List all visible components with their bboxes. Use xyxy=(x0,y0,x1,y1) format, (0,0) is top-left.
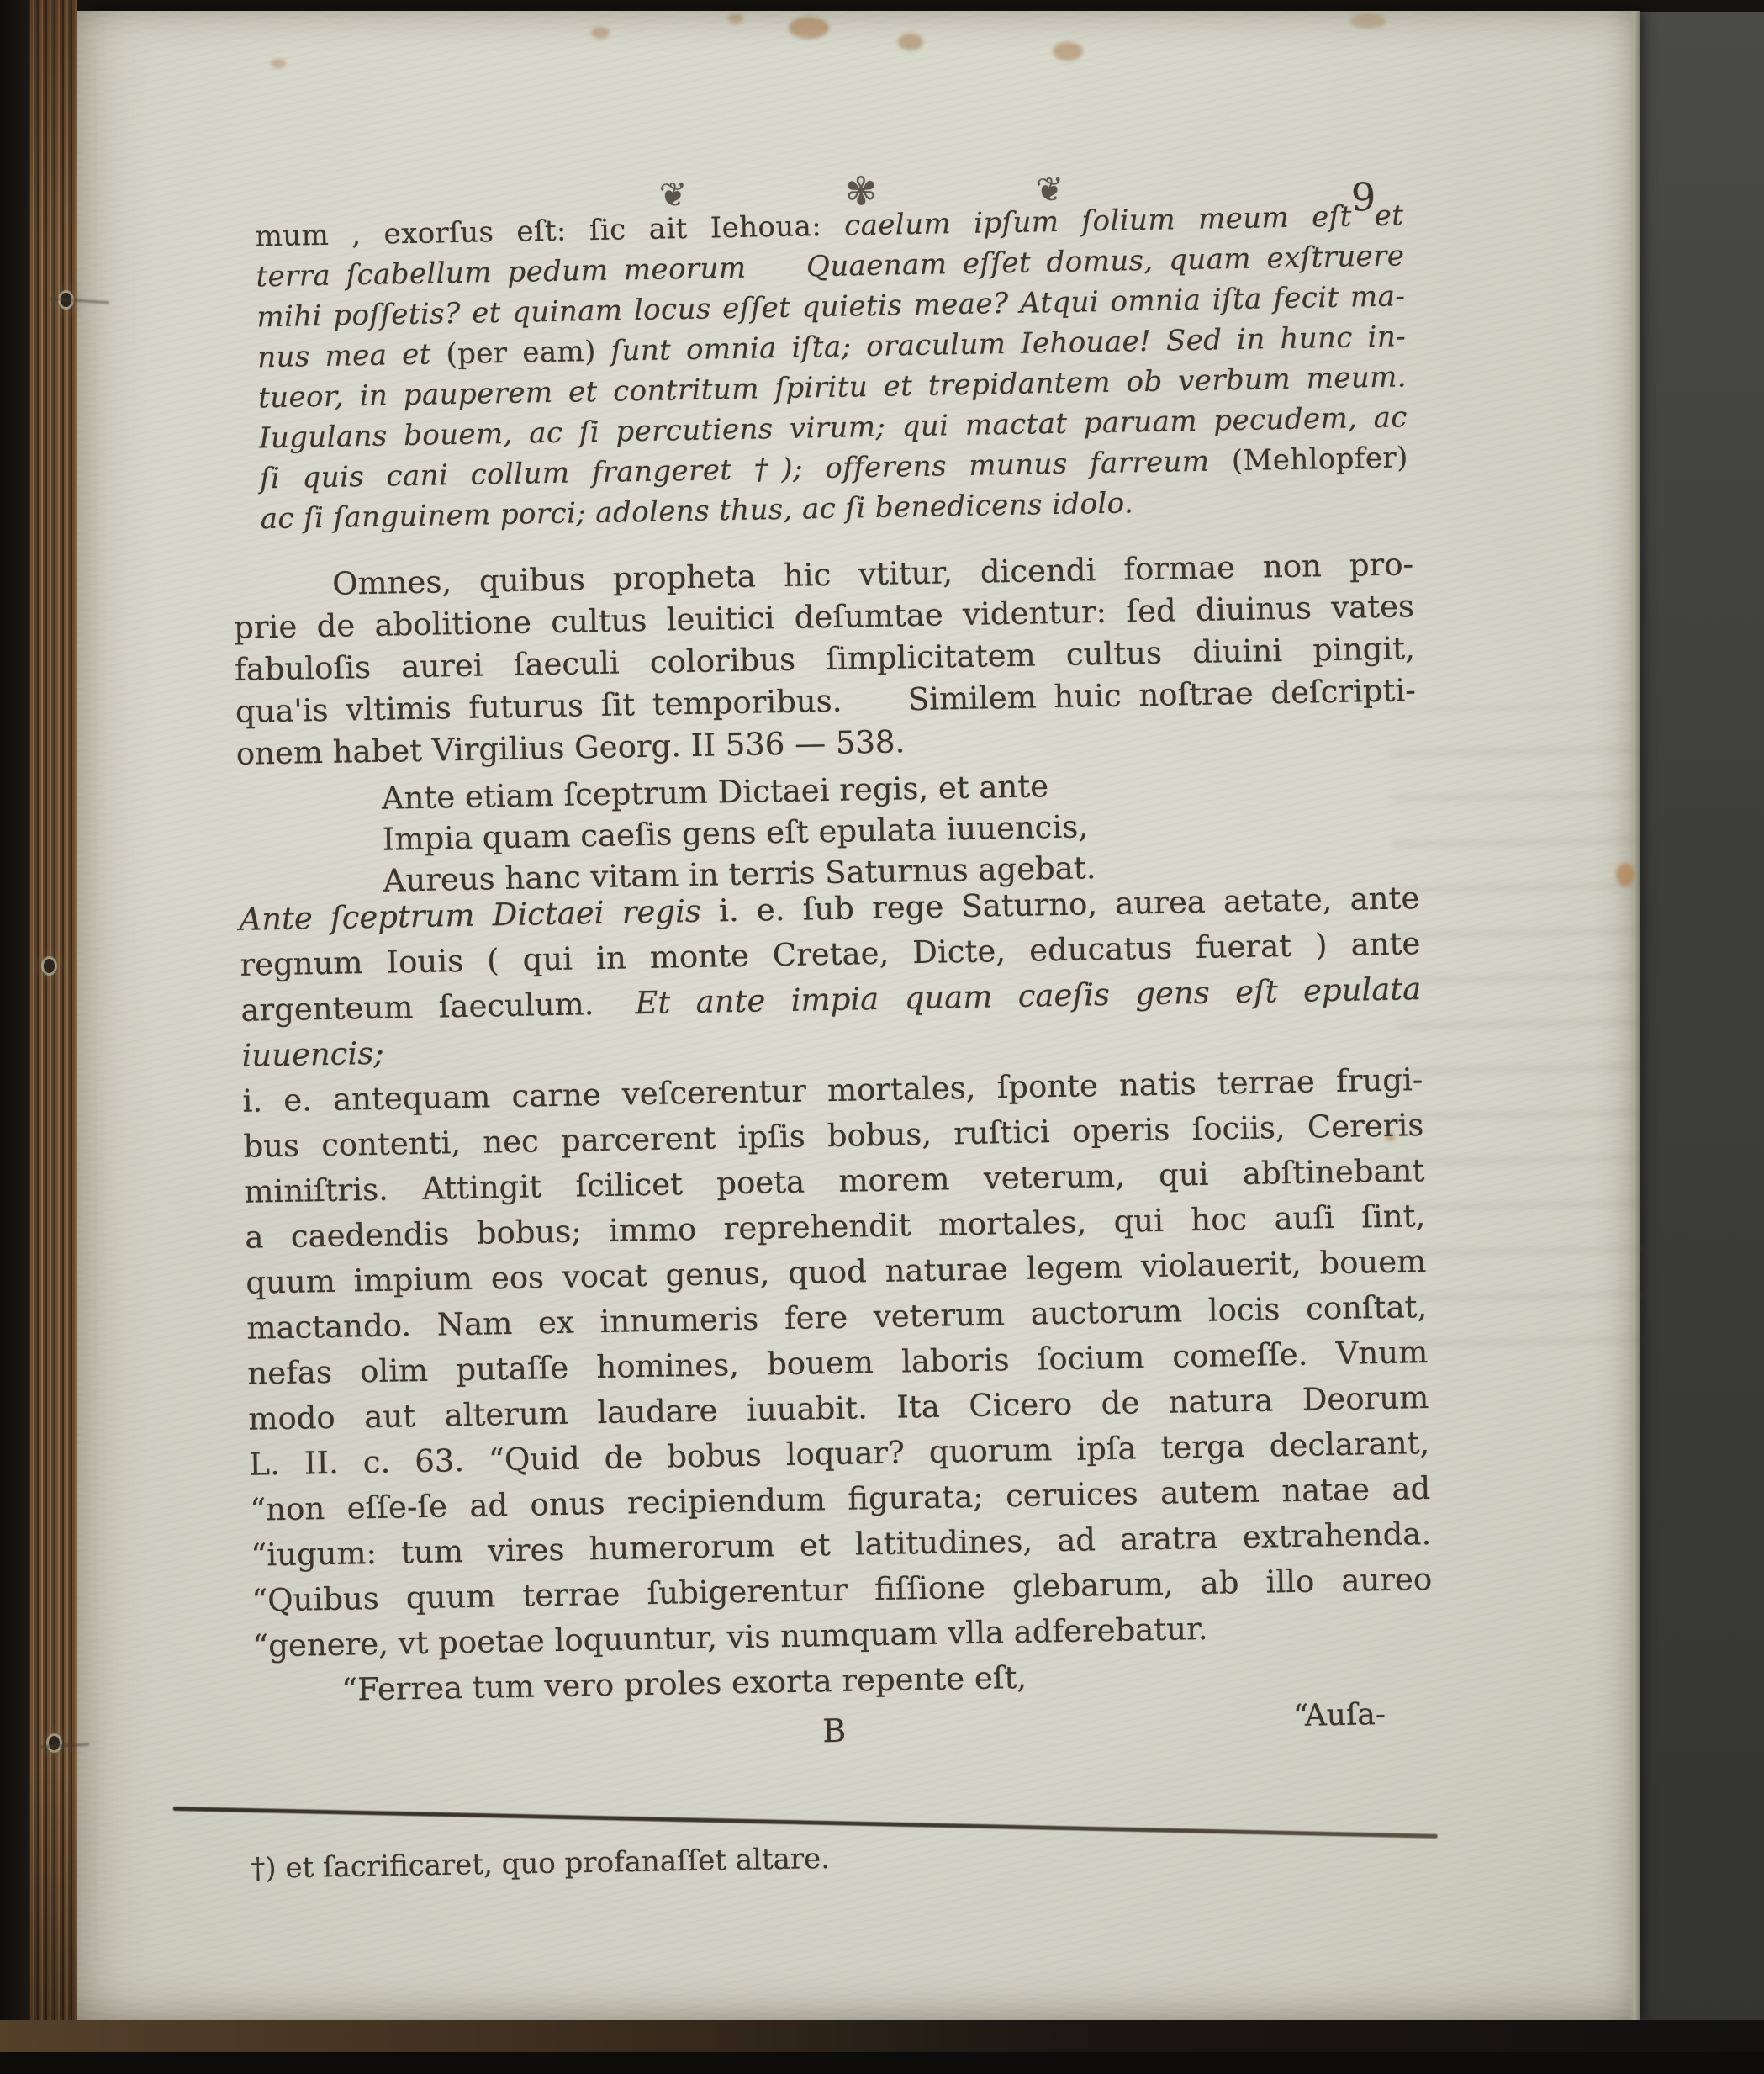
fleuron-ornament-icon: ❦ xyxy=(658,178,687,213)
foxing-stain xyxy=(271,59,286,68)
sewing-hole xyxy=(44,959,55,973)
verso-showthrough xyxy=(1390,705,1645,1348)
scanned-book-page: { "page": { "number": "9", "ornaments": … xyxy=(0,0,1764,2074)
scanner-background-top xyxy=(0,0,1764,12)
page-number: 9 xyxy=(1351,174,1376,220)
signature-mark: B xyxy=(822,1712,847,1750)
foxing-stain xyxy=(591,27,610,39)
catchword: “Auſa- xyxy=(1293,1697,1386,1733)
paragraph-omnes: Omnes, quibus propheta hic vtitur, dicen… xyxy=(233,543,1417,775)
foxing-stain xyxy=(898,34,923,50)
virgil-verse-quotation: Ante etiam ſceptrum Dictaei regis, et an… xyxy=(381,764,1157,902)
foxing-stain xyxy=(1616,863,1635,886)
paragraph-commentary: Ante ſceptrum Dictaei regis i. e. ſub re… xyxy=(239,876,1434,1715)
book-page-edges-left xyxy=(29,0,77,2074)
scanner-background-bottom xyxy=(0,2052,1764,2074)
fleuron-ornament-icon: ❦ xyxy=(1035,173,1064,208)
paragraph-isaiah-quote: mum , exorſus eſt: ſic ait Iehoua: caelu… xyxy=(255,195,1409,539)
text-block: ❦ ✾ ❦ 9 mum , exorſus eſt: ſic ait Iehou… xyxy=(225,140,1435,1776)
foxing-stain xyxy=(728,13,743,24)
rosette-ornament-icon: ✾ xyxy=(844,172,877,211)
foxing-stain xyxy=(1350,13,1386,29)
book-spine-shadow xyxy=(0,0,29,2074)
foxing-stain xyxy=(1053,42,1083,61)
foxing-stain xyxy=(789,17,829,39)
sewing-hole xyxy=(49,1736,60,1750)
